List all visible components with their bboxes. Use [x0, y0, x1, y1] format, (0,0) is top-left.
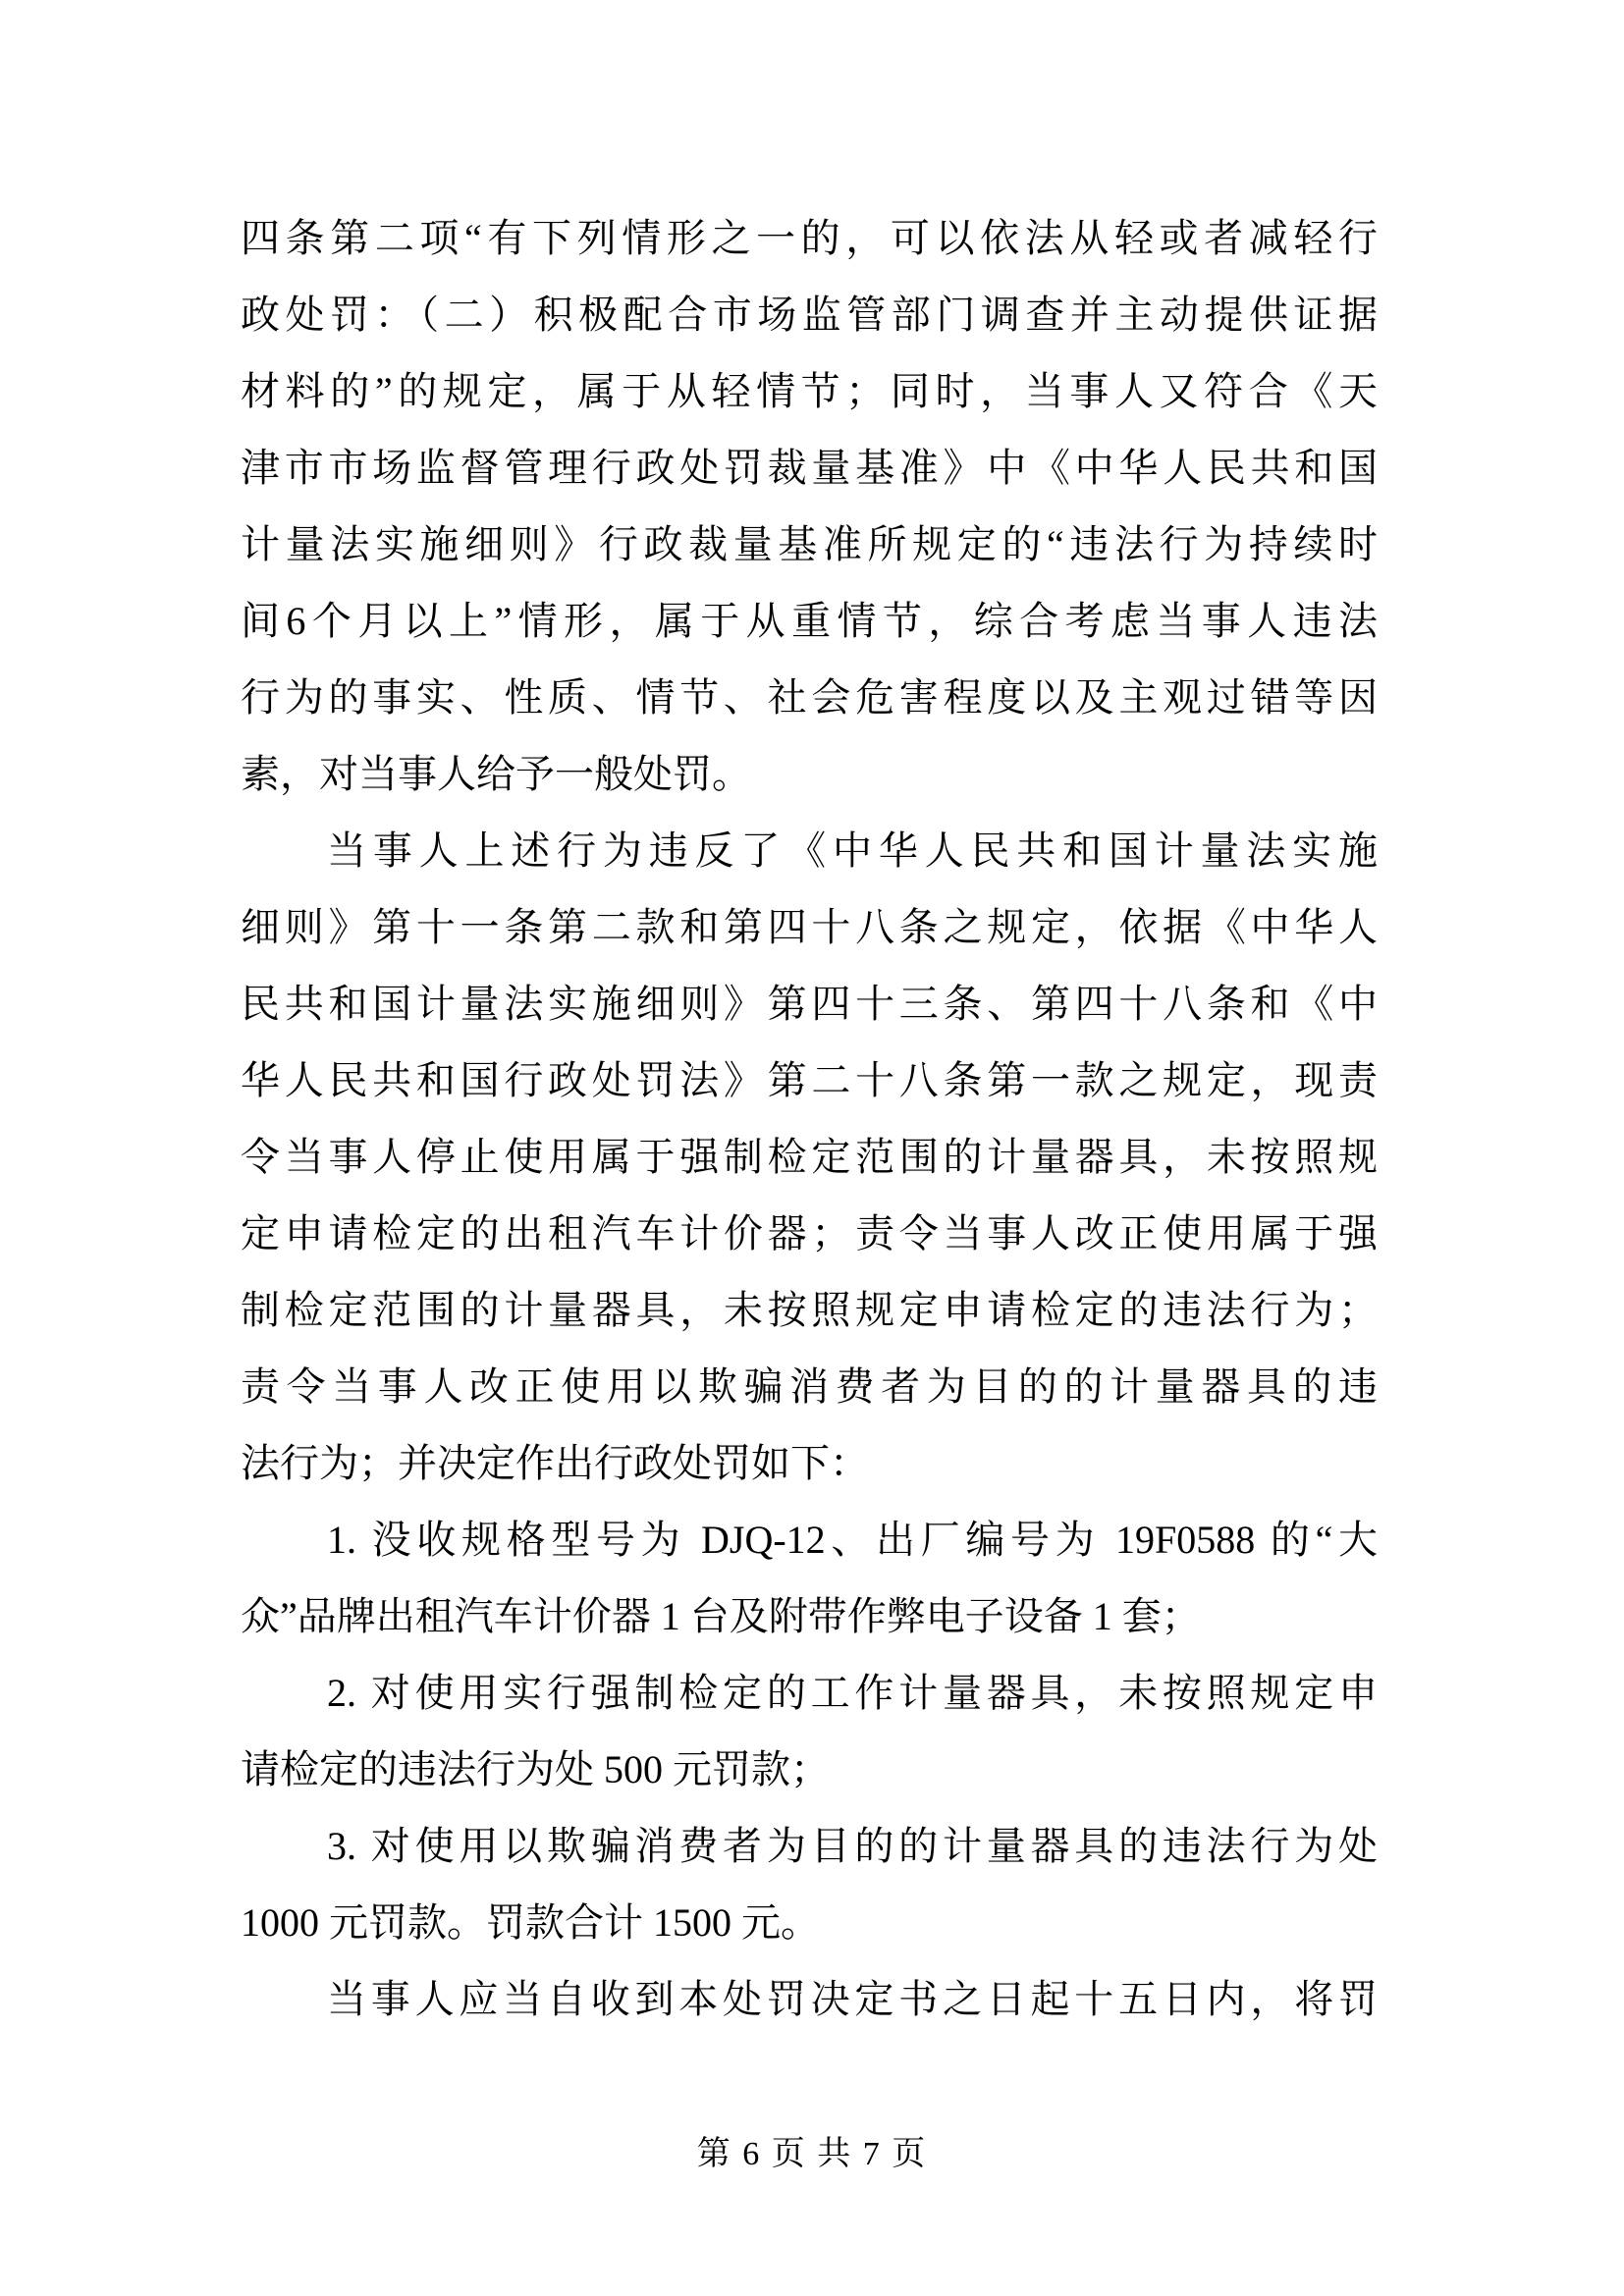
text-line: 请检定的违法行为处 500 元罚款； — [241, 1732, 1378, 1808]
text-line: 政处罚：（二）积极配合市场监管部门调查并主动提供证据 — [241, 277, 1378, 353]
text-line: 行为的事实、性质、情节、社会危害程度以及主观过错等因 — [241, 660, 1378, 736]
text-line: 素，对当事人给予一般处罚。 — [241, 736, 1378, 813]
text-line: 众”品牌出租汽车计价器 1 台及附带作弊电子设备 1 套； — [241, 1578, 1378, 1655]
document-body-text: 四条第二项“有下列情形之一的，可以依法从轻或者减轻行 政处罚：（二）积极配合市场… — [241, 200, 1378, 2038]
text-line: 制检定范围的计量器具，未按照规定申请检定的违法行为； — [241, 1272, 1378, 1349]
text-line: 2. 对使用实行强制检定的工作计量器具，未按照规定申 — [241, 1655, 1378, 1732]
text-line: 间6个月以上”情形，属于从重情节，综合考虑当事人违法 — [241, 583, 1378, 660]
text-line: 定申请检定的出租汽车计价器；责令当事人改正使用属于强 — [241, 1196, 1378, 1272]
text-line: 1000 元罚款。罚款合计 1500 元。 — [241, 1885, 1378, 1961]
text-line: 法行为；并决定作出行政处罚如下： — [241, 1425, 1378, 1502]
document-page: 四条第二项“有下列情形之一的，可以依法从轻或者减轻行 政处罚：（二）积极配合市场… — [0, 0, 1624, 2296]
text-line: 材料的”的规定，属于从轻情节；同时，当事人又符合《天 — [241, 353, 1378, 430]
text-line: 令当事人停止使用属于强制检定范围的计量器具，未按照规 — [241, 1119, 1378, 1196]
text-line: 津市市场监督管理行政处罚裁量基准》中《中华人民共和国 — [241, 430, 1378, 507]
text-line: 当事人上述行为违反了《中华人民共和国计量法实施 — [241, 813, 1378, 889]
text-line: 3. 对使用以欺骗消费者为目的的计量器具的违法行为处 — [241, 1808, 1378, 1885]
text-line: 民共和国计量法实施细则》第四十三条、第四十八条和《中 — [241, 966, 1378, 1042]
text-line: 1. 没收规格型号为 DJQ-12、出厂编号为 19F0588 的“大 — [241, 1502, 1378, 1578]
text-line: 责令当事人改正使用以欺骗消费者为目的的计量器具的违 — [241, 1349, 1378, 1425]
text-line: 当事人应当自收到本处罚决定书之日起十五日内，将罚 — [241, 1961, 1378, 2038]
text-line: 计量法实施细则》行政裁量基准所规定的“违法行为持续时 — [241, 507, 1378, 583]
page-footer: 第 6 页 共 7 页 — [0, 2130, 1624, 2179]
text-line: 四条第二项“有下列情形之一的，可以依法从轻或者减轻行 — [241, 200, 1378, 277]
text-line: 细则》第十一条第二款和第四十八条之规定，依据《中华人 — [241, 889, 1378, 966]
text-line: 华人民共和国行政处罚法》第二十八条第一款之规定，现责 — [241, 1042, 1378, 1119]
